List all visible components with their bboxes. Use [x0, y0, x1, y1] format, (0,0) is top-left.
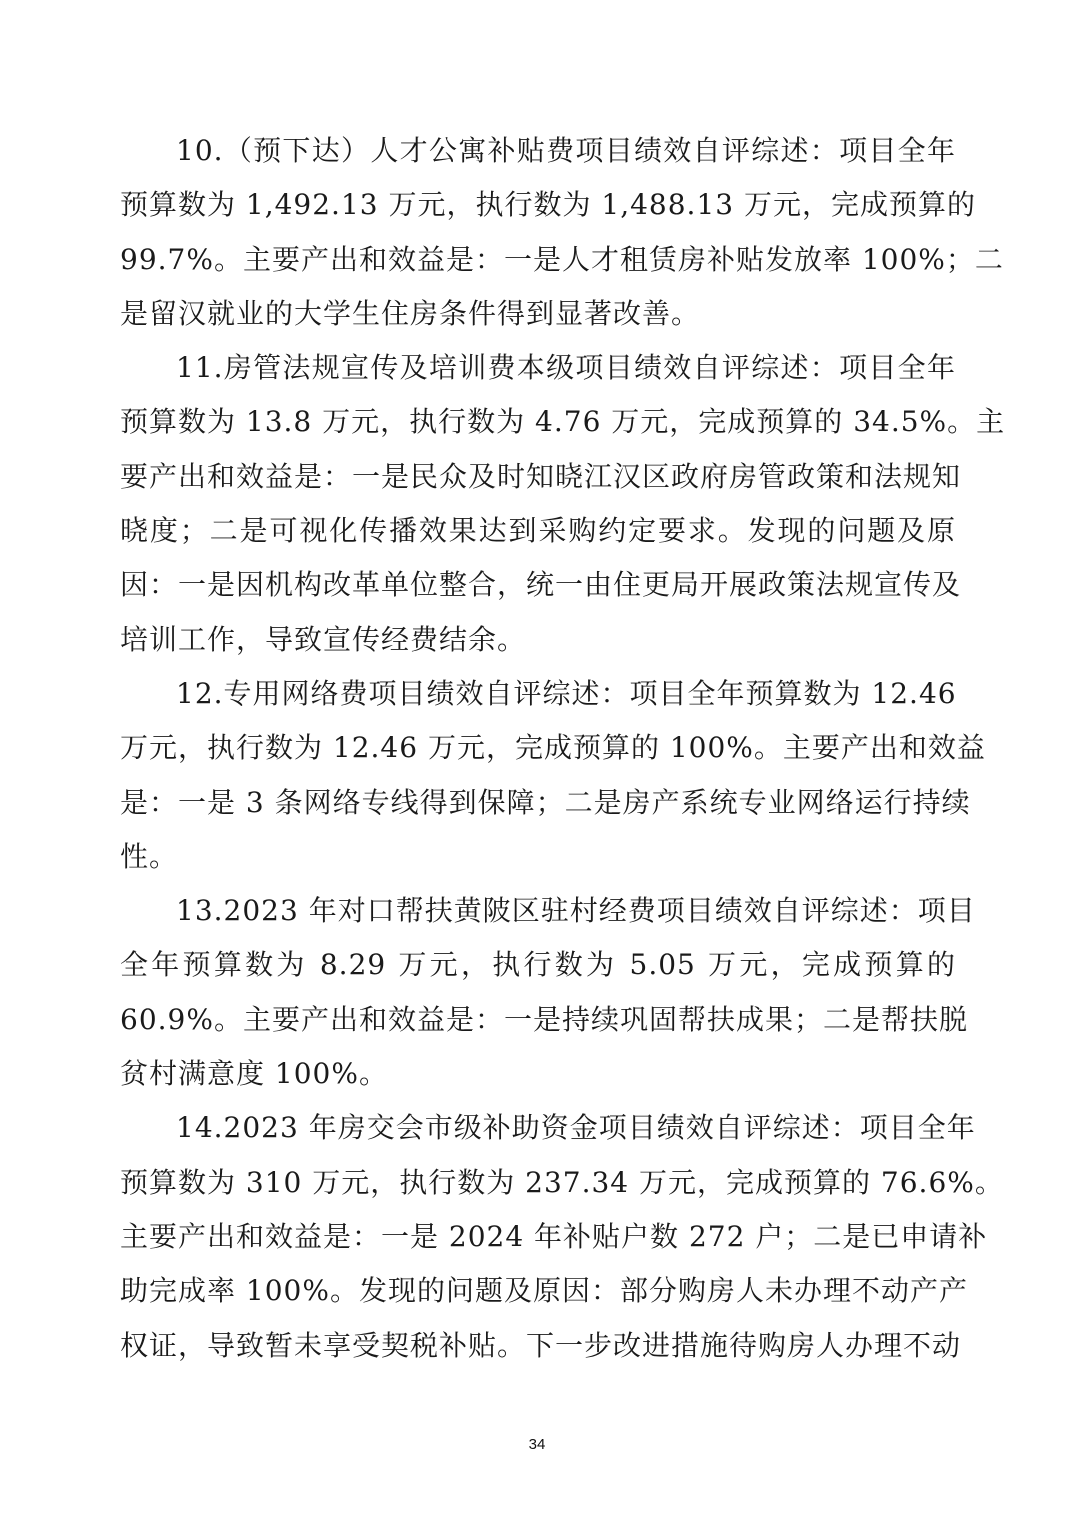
paragraph-item-13: 13.2023 年对口帮扶黄陂区驻村经费项目绩效自评综述：项目 全年预算数为 8…: [120, 888, 956, 1105]
text-line: 助完成率 100%。发现的问题及原因：部分购房人未办理不动产产: [120, 1268, 956, 1322]
paragraph-item-14: 14.2023 年房交会市级补助资金项目绩效自评综述：项目全年 预算数为 310…: [120, 1105, 956, 1376]
text-line: 预算数为 310 万元，执行数为 237.34 万元，完成预算的 76.6%。: [120, 1160, 956, 1214]
text-line: 11.房管法规宣传及培训费本级项目绩效自评综述：项目全年: [120, 345, 956, 399]
text-line: 因：一是因机构改革单位整合，统一由住更局开展政策法规宣传及: [120, 562, 956, 616]
text-line: 主要产出和效益是：一是 2024 年补贴户数 272 户；二是已申请补: [120, 1214, 956, 1268]
text-line: 13.2023 年对口帮扶黄陂区驻村经费项目绩效自评综述：项目: [120, 888, 956, 942]
text-line: 是：一是 3 条网络专线得到保障；二是房产系统专业网络运行持续: [120, 780, 956, 834]
text-line: 万元，执行数为 12.46 万元，完成预算的 100%。主要产出和效益: [120, 725, 956, 779]
text-line: 全年预算数为 8.29 万元，执行数为 5.05 万元，完成预算的: [120, 942, 956, 996]
text-line: 预算数为 1,492.13 万元，执行数为 1,488.13 万元，完成预算的: [120, 182, 956, 236]
text-line: 12.专用网络费项目绩效自评综述：项目全年预算数为 12.46: [120, 671, 956, 725]
page-number: 34: [0, 1436, 1074, 1453]
paragraph-item-10: 10.（预下达）人才公寓补贴费项目绩效自评综述：项目全年 预算数为 1,492.…: [120, 128, 956, 345]
text-line: 14.2023 年房交会市级补助资金项目绩效自评综述：项目全年: [120, 1105, 956, 1159]
text-line: 要产出和效益是：一是民众及时知晓江汉区政府房管政策和法规知: [120, 454, 956, 508]
text-line: 是留汉就业的大学生住房条件得到显著改善。: [120, 291, 956, 345]
document-page: 10.（预下达）人才公寓补贴费项目绩效自评综述：项目全年 预算数为 1,492.…: [0, 0, 1074, 1520]
text-line: 10.（预下达）人才公寓补贴费项目绩效自评综述：项目全年: [120, 128, 956, 182]
body-text: 10.（预下达）人才公寓补贴费项目绩效自评综述：项目全年 预算数为 1,492.…: [120, 128, 956, 1377]
paragraph-item-12: 12.专用网络费项目绩效自评综述：项目全年预算数为 12.46 万元，执行数为 …: [120, 671, 956, 888]
text-line: 培训工作，导致宣传经费结余。: [120, 617, 956, 671]
paragraph-item-11: 11.房管法规宣传及培训费本级项目绩效自评综述：项目全年 预算数为 13.8 万…: [120, 345, 956, 671]
text-line: 60.9%。主要产出和效益是：一是持续巩固帮扶成果；二是帮扶脱: [120, 997, 956, 1051]
text-line: 99.7%。主要产出和效益是：一是人才租赁房补贴发放率 100%；二: [120, 237, 956, 291]
text-line: 权证，导致暂未享受契税补贴。下一步改进措施待购房人办理不动: [120, 1323, 956, 1377]
text-line: 性。: [120, 834, 956, 888]
text-line: 晓度；二是可视化传播效果达到采购约定要求。发现的问题及原: [120, 508, 956, 562]
text-line: 预算数为 13.8 万元，执行数为 4.76 万元，完成预算的 34.5%。主: [120, 399, 956, 453]
text-line: 贫村满意度 100%。: [120, 1051, 956, 1105]
